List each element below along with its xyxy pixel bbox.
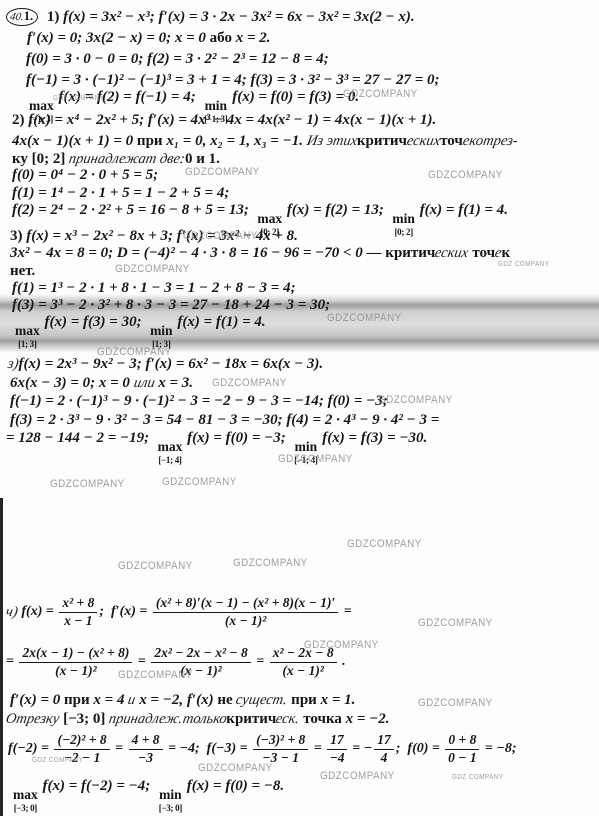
math-segment: = −8; <box>481 740 516 758</box>
math-segment: . <box>339 653 346 671</box>
min-operator: min[−3; 0] <box>159 788 182 813</box>
word-segment: [−3; 0] <box>59 711 109 727</box>
fraction-denominator: −4 <box>330 750 345 766</box>
formula-line: f(1) = 1³ − 2 · 1 + 8 · 1 − 3 = 1 − 2 + … <box>12 279 296 297</box>
watermark-text: GDZCOMPANY <box>183 230 258 242</box>
formula-line: f(3) = 3³ − 2 · 3² + 8 · 3 − 3 = 27 − 18… <box>12 296 330 314</box>
fraction-numerator: 4 + 8 <box>129 733 163 750</box>
fraction: (−3)² + 8−3 − 1 <box>253 733 308 765</box>
handwritten-segment: сущест. <box>235 691 289 709</box>
fraction-numerator: (−3)² + 8 <box>253 733 308 750</box>
handwritten-segment: еских <box>405 132 441 150</box>
fraction-numerator: x² + 8 <box>59 596 97 613</box>
math-segment: = <box>112 740 127 758</box>
scan-edge-line <box>0 498 3 816</box>
fraction-denominator: 0 − 1 <box>448 750 476 766</box>
math-segment: = <box>253 653 268 671</box>
math-segment: ; f′(x) = <box>99 603 151 621</box>
fraction: 17−4 <box>327 733 347 765</box>
math-segment: f(1) = 1³ − 2 · 1 + 8 · 1 − 3 = 1 − 2 + … <box>12 280 296 296</box>
min-label: min <box>150 324 173 338</box>
math-segment: x = 1. <box>317 692 356 708</box>
word-segment: критич <box>385 245 435 261</box>
math-segment: f(x) = x⁴ − 2x² + 5; f′(x) = 4x³ − 4x = … <box>28 112 436 128</box>
fraction-numerator: 2x(x − 1) − (x² + 8) <box>19 646 132 663</box>
fraction: 0 + 80 − 1 <box>445 733 479 765</box>
math-segment: x = 3. <box>155 375 194 391</box>
word-segment: критич <box>226 711 276 727</box>
handwritten-segment: отрез- <box>475 132 520 150</box>
math-segment: 4x(x − 1)(x + 1) = 0 <box>12 133 137 149</box>
min-range: [0; 2] <box>394 228 412 237</box>
word-segment: точ <box>440 133 463 149</box>
math-segment: f′(x) = 0 <box>10 692 64 708</box>
math-segment: = <box>6 653 17 671</box>
watermark-text: GDZCOMPANY <box>347 538 422 550</box>
math-segment: f(x) = f(1) = 4. <box>416 202 508 218</box>
max-min-line: max[−3; 0] f(x) = f(−2) = −4; min[−3; 0]… <box>12 777 284 813</box>
min-label: min <box>392 212 415 226</box>
math-segment: f(x) = 2x³ − 9x² − 3; f′(x) = 6x² − 18x … <box>19 356 324 372</box>
fraction-numerator: 0 + 8 <box>445 733 479 750</box>
watermark-text: GDZCOMPANY <box>418 617 493 629</box>
word-segment: ку [0; 2] <box>12 151 69 167</box>
watermark-text: GDZCOMPANY <box>418 697 493 709</box>
mixed-text-line: 6x(x − 3) = 0; x = 0 или x = 3. <box>10 374 193 392</box>
math-segment: f(0) = 0⁴ − 2 · 0 + 5 = 5; <box>12 167 158 183</box>
problem-number-printed: 1. <box>24 9 33 23</box>
watermark-text: GDZCOMPANY <box>118 560 193 572</box>
max-label: max <box>13 788 38 802</box>
math-segment: f(x) = f(3) = −30. <box>319 430 428 446</box>
word-segment: або <box>210 30 232 46</box>
problem-number-oval: 40.1. <box>6 8 38 26</box>
word-segment: при <box>287 692 316 708</box>
math-segment: f(x) = <box>21 603 57 621</box>
max-range: [1; 3] <box>18 340 36 349</box>
handwritten-segment: еских <box>434 244 470 262</box>
watermark-text: GDZCOMPANY <box>327 312 402 324</box>
max-operator: max[−3; 0] <box>13 788 38 813</box>
max-operator: max[−1; 4] <box>158 440 183 465</box>
mixed-text-line: 4x(x − 1)(x + 1) = 0 при x₁ = 0, x₂ = 1,… <box>12 132 518 150</box>
fraction-numerator: (x² + 8)′(x − 1) − (x² + 8)(x − 1)′ <box>153 596 338 613</box>
handwritten-segment: принадлеж. <box>108 710 185 728</box>
fraction-line: f(−2) = (−2)² + 8−2 − 1 = 4 + 8−3 = −4; … <box>8 733 516 765</box>
min-range: [−3; 0] <box>159 804 182 813</box>
fraction-line: ч) f(x) = x² + 8x − 1; f′(x) = (x² + 8)′… <box>6 596 352 628</box>
math-segment: f(x) = f(3) = 30; <box>41 314 149 330</box>
handwritten-item-number: ч) <box>4 603 23 621</box>
fraction-numerator: 17 <box>327 733 347 750</box>
mixed-text-line: f′(x) = 0 при x = 4 и x = −2, f′(x) не с… <box>10 691 355 709</box>
word-segment: критич <box>357 133 407 149</box>
fraction-numerator: (−2)² + 8 <box>54 733 109 750</box>
fraction-numerator: 17 <box>374 733 394 750</box>
handwritten-segment: Отрезку <box>4 710 61 728</box>
math-segment: f(x) = f(0) = −8. <box>183 778 284 794</box>
formula-line: f(0) = 3 · 0 − 0 = 0; f(2) = 3 · 2² − 2³… <box>26 50 329 68</box>
scanned-solution-page: GDZ COMPANYGDZCOMPANYGDZCOMPANYGDZCOMPAN… <box>0 0 599 816</box>
item-number: 3) <box>10 228 26 244</box>
math-segment: x₁ = 0, x₂ = 1, x₃ = −1. <box>163 133 307 149</box>
handwritten-segment: только <box>181 710 228 728</box>
watermark-text: GDZCOMPANY <box>118 669 193 681</box>
watermark-text: GDZCOMPANY <box>162 476 237 488</box>
watermark-text: GDZCOMPANY <box>304 639 379 651</box>
word-segment: 0 и 1. <box>185 151 220 167</box>
math-segment: f(3) = 3³ − 2 · 3² + 8 · 3 − 3 = 27 − 18… <box>12 297 330 313</box>
fraction: 4 + 8−3 <box>129 733 163 765</box>
math-segment: f(3) = 2 · 3³ − 9 · 3² − 3 = 54 − 81 − 3… <box>10 412 439 428</box>
max-label: max <box>158 440 183 454</box>
word-line: нет. <box>10 262 35 280</box>
formula-line: f′(x) = 0; 3x(2 − x) = 0; x = 0 або x = … <box>27 29 271 47</box>
watermark-text: GDZCOMPANY <box>278 453 353 465</box>
math-segment: f(1) = 1⁴ − 2 · 1 + 5 = 1 − 2 + 5 = 4; <box>12 185 229 201</box>
word-segment: к <box>502 245 511 261</box>
fraction-numerator: 2x² − 2x − x² − 8 <box>151 646 250 663</box>
max-min-line: max[1; 3] f(x) = f(3) = 30; min[1; 3] f(… <box>14 313 266 349</box>
math-segment: ; f(0) = <box>396 740 444 758</box>
math-segment: f(x) = f(2) = 13; <box>283 202 391 218</box>
math-segment: f(0) = 3 · 0 − 0 = 0; f(2) = 3 · 2² − 2³… <box>26 51 329 67</box>
math-segment: f(x) = f(0) = −3; <box>183 430 293 446</box>
math-segment: x = 2. <box>232 30 271 46</box>
math-segment: = <box>340 603 351 621</box>
min-operator: min[0; 2] <box>392 212 415 237</box>
watermark-text: GDZCOMPANY <box>233 557 308 569</box>
problem-number-line: 40.1. 1) f(x) = 3x² − x³; f′(x) = 3 · 2x… <box>6 8 415 26</box>
max-min-line: = 128 − 144 − 2 = −19; max[−1; 4] f(x) =… <box>6 429 427 465</box>
fraction: 2x(x − 1) − (x² + 8)(x − 1)² <box>19 646 132 678</box>
watermark-text: GDZCOMPANY <box>50 478 125 490</box>
min-label: min <box>295 440 318 454</box>
fraction-denominator: (x − 1)² <box>282 663 323 679</box>
watermark-text: GDZCOMPANY <box>212 377 287 389</box>
watermark-text: GDZCOMPANY <box>115 263 190 275</box>
watermark-text: GDZCOMPANY <box>428 169 503 181</box>
mixed-text-line: Отрезку [−3; 0] принадлеж. только критич… <box>6 710 390 728</box>
math-segment: f(2) = 2⁴ − 2 · 2² + 5 = 16 − 8 + 5 = 13… <box>12 202 256 218</box>
math-segment: = <box>310 740 325 758</box>
item-number: 2) <box>12 112 28 128</box>
min-operator: min[1; 3] <box>150 324 173 349</box>
max-range: [−3; 0] <box>14 804 37 813</box>
word-segment: при <box>64 692 90 708</box>
word-segment: точка <box>300 711 346 727</box>
fraction: x² + 8x − 1 <box>59 596 97 628</box>
math-segment: f′(x) = 0; 3x(2 − x) = 0; x = 0 <box>27 30 210 46</box>
item-number: 1) <box>47 9 63 25</box>
fraction-denominator: (x − 1)² <box>55 663 96 679</box>
math-segment: f(−1) = 3 · (−1)² − (−1)³ = 3 + 1 = 4; f… <box>26 72 440 88</box>
math-segment: f(x) = f(1) = 4. <box>174 314 266 330</box>
fraction-denominator: (x − 1)² <box>225 613 266 629</box>
watermark-text: GDZ COMPANY <box>498 261 549 268</box>
math-segment: 3x² − 4x = 8 = 0; D = (−4)² − 4 · 3 · 8 … <box>10 245 385 261</box>
formula-line: f(3) = 2 · 3³ − 9 · 3² − 3 = 54 − 81 − 3… <box>10 411 439 429</box>
formula-line: f(1) = 1⁴ − 2 · 1 + 5 = 1 − 2 + 5 = 4; <box>12 184 229 202</box>
watermark-text: GDZ COMPANY <box>53 95 104 102</box>
math-segment: f(x) = f(0) = f(3) = 0. <box>228 89 359 105</box>
fraction: 174 <box>374 733 394 765</box>
watermark-text: GDZCOMPANY <box>343 88 418 100</box>
watermark-text: GDZCOMPANY <box>185 166 260 178</box>
min-label: min <box>159 788 182 802</box>
fraction: (x² + 8)′(x − 1) − (x² + 8)(x − 1)′(x − … <box>153 596 338 628</box>
mixed-text-line: 3x² − 4x = 8 = 0; D = (−4)² − 4 · 3 · 8 … <box>10 244 510 262</box>
max-label: max <box>15 324 40 338</box>
watermark-text: GDZCOMPANY <box>320 770 395 782</box>
math-segment: x = 4 <box>90 692 129 708</box>
watermark-text: GDZCOMPANY <box>97 346 172 358</box>
formula-line: f(0) = 0⁴ − 2 · 0 + 5 = 5; <box>12 166 158 184</box>
word-segment: не <box>217 692 236 708</box>
watermark-text: GDZCOMPANY <box>198 762 273 774</box>
math-segment: 6x(x − 3) = 0; x = 0 <box>10 375 134 391</box>
fraction-denominator: 4 <box>381 750 388 766</box>
math-segment: x = −2, f′(x) <box>135 692 217 708</box>
watermark-text: GDZ COMPANY <box>32 757 83 764</box>
word-segment: точ <box>469 245 496 261</box>
math-segment: = −4; f(−3) = <box>165 740 252 758</box>
max-operator: max[1; 3] <box>15 324 40 349</box>
problem-number-handwritten: 40. <box>9 10 25 24</box>
math-segment: = − <box>349 740 372 758</box>
watermark-text: GDZ COMPANY <box>452 774 503 781</box>
formula-line: f(−1) = 2 · (−1)³ − 9 · (−1)² − 3 = −2 −… <box>10 392 388 410</box>
math-segment: x = −2. <box>346 711 390 727</box>
formula-line: f(−1) = 3 · (−1)² − (−1)³ = 3 + 1 = 4; f… <box>26 71 440 89</box>
math-segment: f(x) = f(−2) = −4; <box>39 778 158 794</box>
max-label: max <box>257 212 282 226</box>
handwritten-segment: или <box>132 374 156 392</box>
word-segment: при <box>137 133 163 149</box>
word-segment: нет. <box>10 263 35 279</box>
handwritten-segment: Из этих <box>305 132 358 150</box>
formula-line: 2) f(x) = x⁴ − 2x² + 5; f′(x) = 4x³ − 4x… <box>12 111 436 129</box>
math-segment: f(−1) = 2 · (−1)³ − 9 · (−1)² − 3 = −2 −… <box>10 393 388 409</box>
math-segment: = 128 − 144 − 2 = −19; <box>6 430 157 446</box>
watermark-text: GDZCOMPANY <box>378 394 453 406</box>
math-segment: f(x) = 3x² − x³; f′(x) = 3 · 2x − 3x² = … <box>63 9 414 25</box>
fraction-denominator: x − 1 <box>64 613 92 629</box>
handwritten-segment: еск. <box>275 710 301 728</box>
math-segment: f(−2) = <box>8 740 52 758</box>
max-range: [−1; 4] <box>158 456 181 465</box>
fraction-denominator: −3 <box>138 750 153 766</box>
